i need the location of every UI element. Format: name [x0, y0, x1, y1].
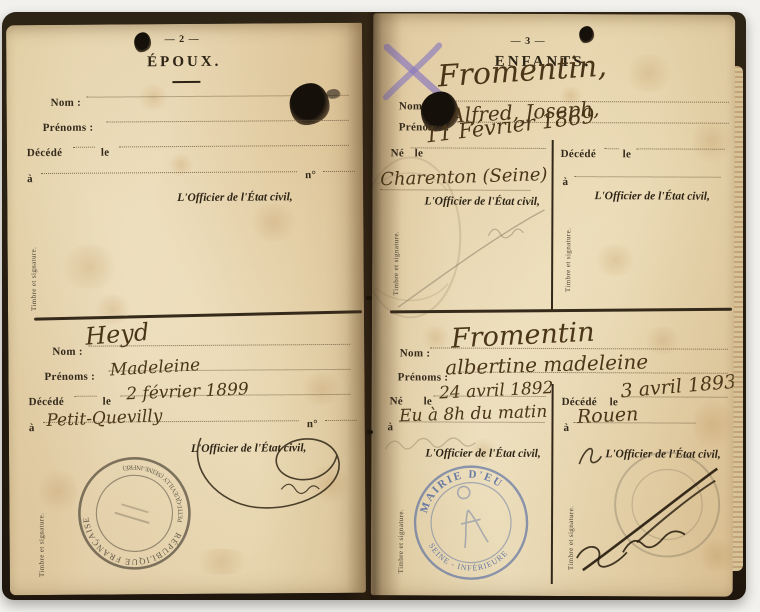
handwritten-prenoms: Madeleine: [109, 355, 200, 380]
handwritten-prenoms: albertine madeleine: [445, 349, 649, 379]
timbre-signature-label: Timbre et signature.: [37, 493, 46, 577]
form-line: [605, 148, 619, 149]
field-label-le: le: [623, 148, 632, 160]
ink-blot: [579, 26, 594, 43]
page-title: ÉPOUX.: [6, 53, 362, 72]
stain: [58, 244, 122, 288]
page-number: — 2 —: [142, 34, 222, 46]
timbre-signature-label: Timbre et signature.: [564, 220, 572, 292]
field-label-nom: Nom :: [52, 346, 83, 358]
mairie-eu-stamp: MAIRIE D'EU SEINE - INFÉRIEURE: [409, 459, 534, 586]
left-page: — 2 — ÉPOUX. Nom : Prénoms : Décédé le à…: [6, 23, 366, 595]
form-line: [637, 148, 725, 149]
field-label-a: à: [563, 176, 569, 188]
form-line: [41, 171, 297, 174]
stain: [190, 549, 254, 575]
field-label-a: à: [27, 173, 33, 185]
stain: [693, 395, 731, 455]
form-line: [73, 147, 95, 148]
field-label-decede: Décédé: [27, 147, 62, 159]
form-line: [411, 147, 546, 149]
title-underline: [172, 81, 200, 83]
field-label-le: le: [101, 147, 110, 159]
handwritten-ne-date: 24 avril 1892: [439, 378, 554, 403]
field-label-a: à: [563, 422, 569, 434]
field-label-prenoms: Prénoms :: [398, 371, 449, 383]
stitch-mark: [366, 296, 372, 300]
record-divider: [34, 310, 362, 320]
handwritten-decede-date: 2 février 1899: [126, 379, 249, 404]
field-label-decede: Décédé: [561, 148, 596, 160]
field-label-nom: Nom :: [400, 347, 431, 359]
svg-text:SEINE - INFÉRIEURE: SEINE - INFÉRIEURE: [426, 525, 512, 583]
field-label-numero: n°: [305, 169, 316, 181]
stain: [592, 244, 638, 276]
stain: [420, 325, 452, 349]
handwritten-decede-lieu: Rouen: [576, 403, 638, 428]
form-line: [323, 171, 355, 172]
handwritten-decede-lieu: Petit-Quevilly: [46, 406, 163, 431]
scanned-family-record-book: — 2 — ÉPOUX. Nom : Prénoms : Décédé le à…: [0, 0, 760, 612]
ink-blot: [289, 83, 329, 125]
right-page: — 3 — ENFANTS. Nom : Fromentin, Prénoms …: [371, 13, 736, 597]
stain: [642, 326, 684, 354]
stitch-mark: [367, 430, 373, 434]
field-label-prenoms: Prénoms :: [43, 122, 94, 134]
ink-blot: [326, 89, 340, 99]
form-line: [575, 176, 721, 178]
stain: [298, 373, 344, 405]
column-rule: [551, 384, 553, 584]
form-line: [119, 145, 349, 148]
field-label-le: le: [103, 396, 112, 408]
timbre-signature-label: Timbre et signature.: [567, 494, 575, 570]
pencil-signature-scribble: [392, 201, 552, 314]
timbre-signature-label: Timbre et signature.: [29, 227, 38, 311]
officier-label: L'Officier de l'État civil,: [594, 190, 709, 203]
field-label-nom: Nom :: [51, 97, 82, 109]
page-number: — 3 —: [493, 36, 563, 47]
officier-label: L'Officier de l'État civil,: [425, 447, 540, 460]
bold-signature: [575, 458, 724, 587]
field-label-prenoms: Prénoms :: [44, 371, 95, 383]
republique-stamp: RÉPUBLIQUE FRANÇAISE PETIT-QUEVILLY (SEI…: [73, 452, 196, 575]
signature-flourish: [189, 425, 350, 541]
form-line: [325, 420, 357, 421]
officier-label: L'Officier de l'État civil,: [177, 191, 292, 204]
field-label-decede: Décédé: [29, 396, 64, 408]
timbre-signature-label: Timbre et signature.: [397, 497, 405, 573]
stain: [247, 203, 299, 241]
field-label-a: à: [29, 422, 35, 434]
form-line: [75, 396, 97, 397]
